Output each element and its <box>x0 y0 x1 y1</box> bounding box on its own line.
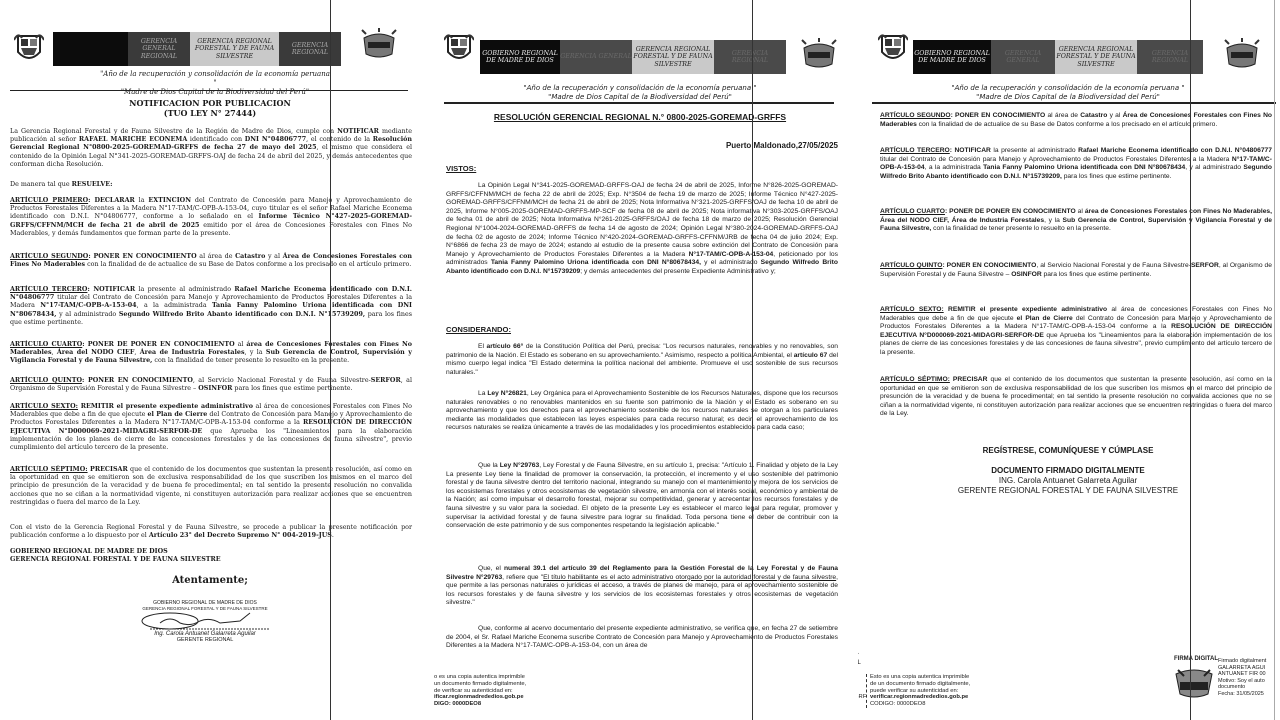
banner-gerencia-regional: Gerencia Regional <box>279 32 341 66</box>
header-banner: Gobierno Regional de Madre de Dios Geren… <box>480 40 786 74</box>
peru-coat-of-arms-icon <box>444 30 474 66</box>
considerando-5: Que, conforme al acervo documentario del… <box>446 625 838 651</box>
digital-signature-details: Firmado digitalment GALARRETA AGUI ANTUA… <box>1218 658 1266 698</box>
peru-coat-of-arms-icon <box>878 30 908 66</box>
article-7: ARTÍCULO SÉPTIMO: PRECISAR que el conten… <box>880 376 1272 419</box>
firma-digital-emblem-icon <box>1174 666 1214 700</box>
banner-grffs: Gerencia Regional Forestal y de Fauna Si… <box>190 32 279 66</box>
article-5: ARTÍCULO QUINTO: PONER EN CONOCIMIENTO, … <box>880 262 1272 279</box>
article-6: ARTÍCULO SEXTO: REMITIR el presente expe… <box>880 306 1272 358</box>
closing-formula: REGÍSTRESE, COMUNÍQUESE Y CÚMPLASE <box>868 446 1268 456</box>
verification-link[interactable]: ificar.regionmadrededios.gob.pe <box>434 694 526 701</box>
banner-gobierno-regional: Gobierno Regional de Madre de Dios <box>480 40 560 74</box>
considerando-3: Que la Ley N°29763, Ley Forestal y de Fa… <box>446 462 838 531</box>
header-banner: Gobierno Regional de Madre de Dios Geren… <box>913 40 1203 74</box>
verification-note: o es una copia autentica imprimible un d… <box>434 674 526 708</box>
vistos-heading: VISTOS: <box>446 164 476 173</box>
peru-coat-of-arms-icon <box>14 30 44 66</box>
article-3: ARTÍCULO TERCERO: NOTIFICAR la presente … <box>10 286 412 327</box>
handwritten-signature-icon <box>140 611 270 631</box>
regional-emblem-icon <box>1223 38 1261 72</box>
document-title: NOTIFICACION POR PUBLICACION (TUO LEY N°… <box>10 98 410 118</box>
motto: "Año de la recuperación y consolidación … <box>100 70 330 97</box>
firma-digital-label: FIRMA DIGITAL <box>1174 656 1218 663</box>
verification-link[interactable]: verificar.regionmadrededios.gob.pe <box>870 694 970 701</box>
motto: "Año de la recuperación y consolidación … <box>948 84 1188 102</box>
header-banner: Gerencia General Regional Gerencia Regio… <box>53 32 341 66</box>
article-1: ARTÍCULO PRIMERO: DECLARAR la EXTINCION … <box>10 197 412 238</box>
motto: "Año de la recuperación y consolidación … <box>520 84 760 102</box>
article-2: ARTÍCULO SEGUNDO: PONER EN CONOCIMIENTO … <box>10 253 412 269</box>
vistos-paragraph: La Opinión Legal N°341-2025-GOREMAD-GRFF… <box>446 182 838 277</box>
signature-block: GOBIERNO REGIONAL DE MADRE DE DIOS GEREN… <box>135 600 275 643</box>
considerando-1: El artículo 66° de la Constitución Polít… <box>446 343 838 377</box>
considerando-2: La Ley N°26821, Ley Orgánica para el Apr… <box>446 390 838 433</box>
considerando-heading: CONSIDERANDO: <box>446 325 511 334</box>
article-4: ARTÍCULO CUARTO: PONER DE PONER EN CONOC… <box>10 341 412 366</box>
org-signature: GOBIERNO REGIONAL DE MADRE DE DIOS GEREN… <box>10 548 412 564</box>
verification-note: Esto es una copia autentica imprimible d… <box>866 674 970 708</box>
considerando-4: Que, el numeral 39.1 del artículo 39 del… <box>446 565 838 608</box>
farewell: Atentamente; <box>10 576 410 586</box>
article-5: ARTÍCULO QUINTO: PONER EN CONOCIMIENTO, … <box>10 377 412 393</box>
article-7: ARTÍCULO SÉPTIMO: PRECISAR que el conten… <box>10 466 412 507</box>
page-notificacion: Gerencia General Regional Gerencia Regio… <box>0 0 430 720</box>
regional-emblem-icon <box>800 38 838 72</box>
signer-block: DOCUMENTO FIRMADO DIGITALMENTE ING. Caro… <box>868 466 1268 496</box>
article-6: ARTÍCULO SEXTO: REMITIR el presente expe… <box>10 403 412 452</box>
closing-paragraph: Con el visto de la Gerencia Regional For… <box>10 524 412 540</box>
article-4: ARTÍCULO CUARTO: PONER DE PONER EN CONOC… <box>880 208 1272 234</box>
banner-gerencia-general: Gerencia General Regional <box>128 32 190 66</box>
place-date: Puerto Maldonado,27/05/2025 <box>630 142 838 151</box>
page-resolucion-1: Gobierno Regional de Madre de Dios Geren… <box>430 0 858 720</box>
intro-paragraph: La Gerencia Regional Forestal y de Fauna… <box>10 128 412 169</box>
article-3: ARTÍCULO TERCERO: NOTIFICAR la presente … <box>880 147 1272 181</box>
resolution-title: RESOLUCIÓN GERENCIAL REGIONAL N.° 0800-2… <box>440 112 840 122</box>
page-resolucion-2: Gobierno Regional de Madre de Dios Geren… <box>858 0 1280 720</box>
resuelve-label: De manera tal que RESUELVE: <box>10 181 412 189</box>
article-2: ARTÍCULO SEGUNDO: PONER EN CONOCIMIENTO … <box>880 112 1272 129</box>
regional-emblem-icon <box>360 28 398 62</box>
